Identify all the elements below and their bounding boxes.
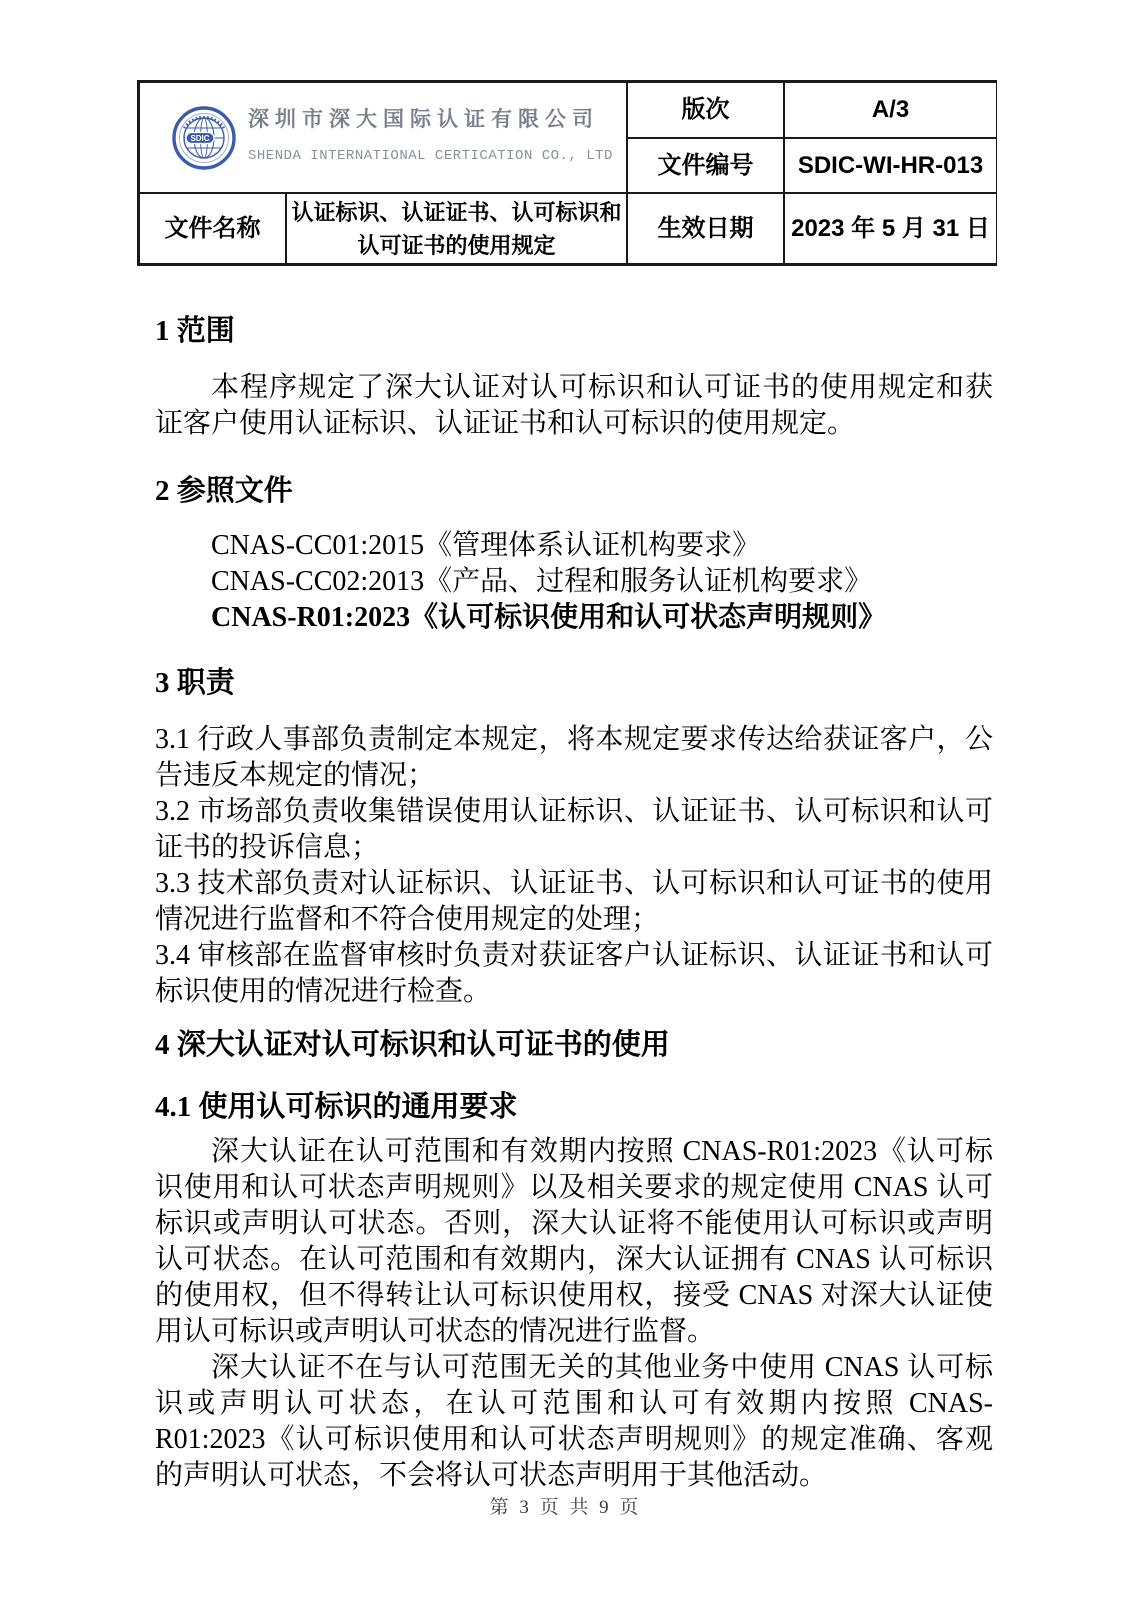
document-header-table: SDIC 深圳市深大国际认证有限公司 SHENDA INTERNATIONAL … xyxy=(137,80,997,266)
duty-item: 3.1 行政人事部负责制定本规定，将本规定要求传达给获证客户，公告违反本规定的情… xyxy=(155,722,993,794)
company-names: 深圳市深大国际认证有限公司 SHENDA INTERNATIONAL CERTI… xyxy=(248,104,613,172)
doc-name-value-cell: 认证标识、认证证书、认可标识和认可证书的使用规定 xyxy=(287,194,626,263)
document-body: 1 范围 本程序规定了深大认证对认可标识和认可证书的使用规定和获证客户使用认证标… xyxy=(155,262,993,1494)
reference-item: CNAS-R01:2023《认可标识使用和认可状态声明规则》 xyxy=(155,600,993,636)
section-4-1-paragraph-2: 深大认证不在与认可范围无关的其他业务中使用 CNAS 认可标识或声明认可状态，在… xyxy=(155,1350,993,1494)
doc-number-label-cell: 文件编号 xyxy=(628,139,783,192)
duty-item: 3.3 技术部负责对认证标识、认证证书、认可标识和认可证书的使用情况进行监督和不… xyxy=(155,866,993,938)
company-logo-cell: SDIC 深圳市深大国际认证有限公司 SHENDA INTERNATIONAL … xyxy=(140,83,626,192)
reference-item: CNAS-CC02:2013《产品、过程和服务认证机构要求》 xyxy=(155,564,993,600)
version-value-cell: A/3 xyxy=(785,83,996,137)
effective-date-value-cell: 2023 年 5 月 31 日 xyxy=(785,194,996,263)
section-1-heading: 1 范围 xyxy=(155,314,993,348)
duty-item: 3.4 审核部在监督审核时负责对获证客户认证标识、认证证书和认可标识使用的情况进… xyxy=(155,938,993,1010)
document-page: SDIC 深圳市深大国际认证有限公司 SHENDA INTERNATIONAL … xyxy=(0,0,1131,1600)
section-4-1-paragraph-1: 深大认证在认可范围和有效期内按照 CNAS-R01:2023《认可标识使用和认可… xyxy=(155,1134,993,1350)
section-2-heading: 2 参照文件 xyxy=(155,474,993,508)
reference-list: CNAS-CC01:2015《管理体系认证机构要求》 CNAS-CC02:201… xyxy=(155,528,993,636)
section-3-heading: 3 职责 xyxy=(155,666,993,700)
reference-item: CNAS-CC01:2015《管理体系认证机构要求》 xyxy=(155,528,993,564)
company-name-english: SHENDA INTERNATIONAL CERTICATION CO., LT… xyxy=(248,140,613,172)
section-4-1-heading: 4.1 使用认可标识的通用要求 xyxy=(155,1090,993,1124)
company-logo-icon: SDIC xyxy=(172,106,236,170)
duty-item: 3.2 市场部负责收集错误使用认证标识、认证证书、认可标识和认可证书的投诉信息； xyxy=(155,794,993,866)
page-number-footer: 第 3 页 共 9 页 xyxy=(0,1492,1131,1519)
logo-badge-text: SDIC xyxy=(190,134,209,143)
duty-list: 3.1 行政人事部负责制定本规定，将本规定要求传达给获证客户，公告违反本规定的情… xyxy=(155,722,993,1010)
effective-date-label-cell: 生效日期 xyxy=(628,194,783,263)
section-4-heading: 4 深大认证对认可标识和认可证书的使用 xyxy=(155,1028,993,1062)
section-1-paragraph: 本程序规定了深大认证对认可标识和认可证书的使用规定和获证客户使用认证标识、认证证… xyxy=(155,370,993,442)
doc-number-value-cell: SDIC-WI-HR-013 xyxy=(785,139,996,192)
company-name-chinese: 深圳市深大国际认证有限公司 xyxy=(248,104,613,136)
doc-name-label-cell: 文件名称 xyxy=(140,194,285,263)
version-label-cell: 版次 xyxy=(628,83,783,137)
